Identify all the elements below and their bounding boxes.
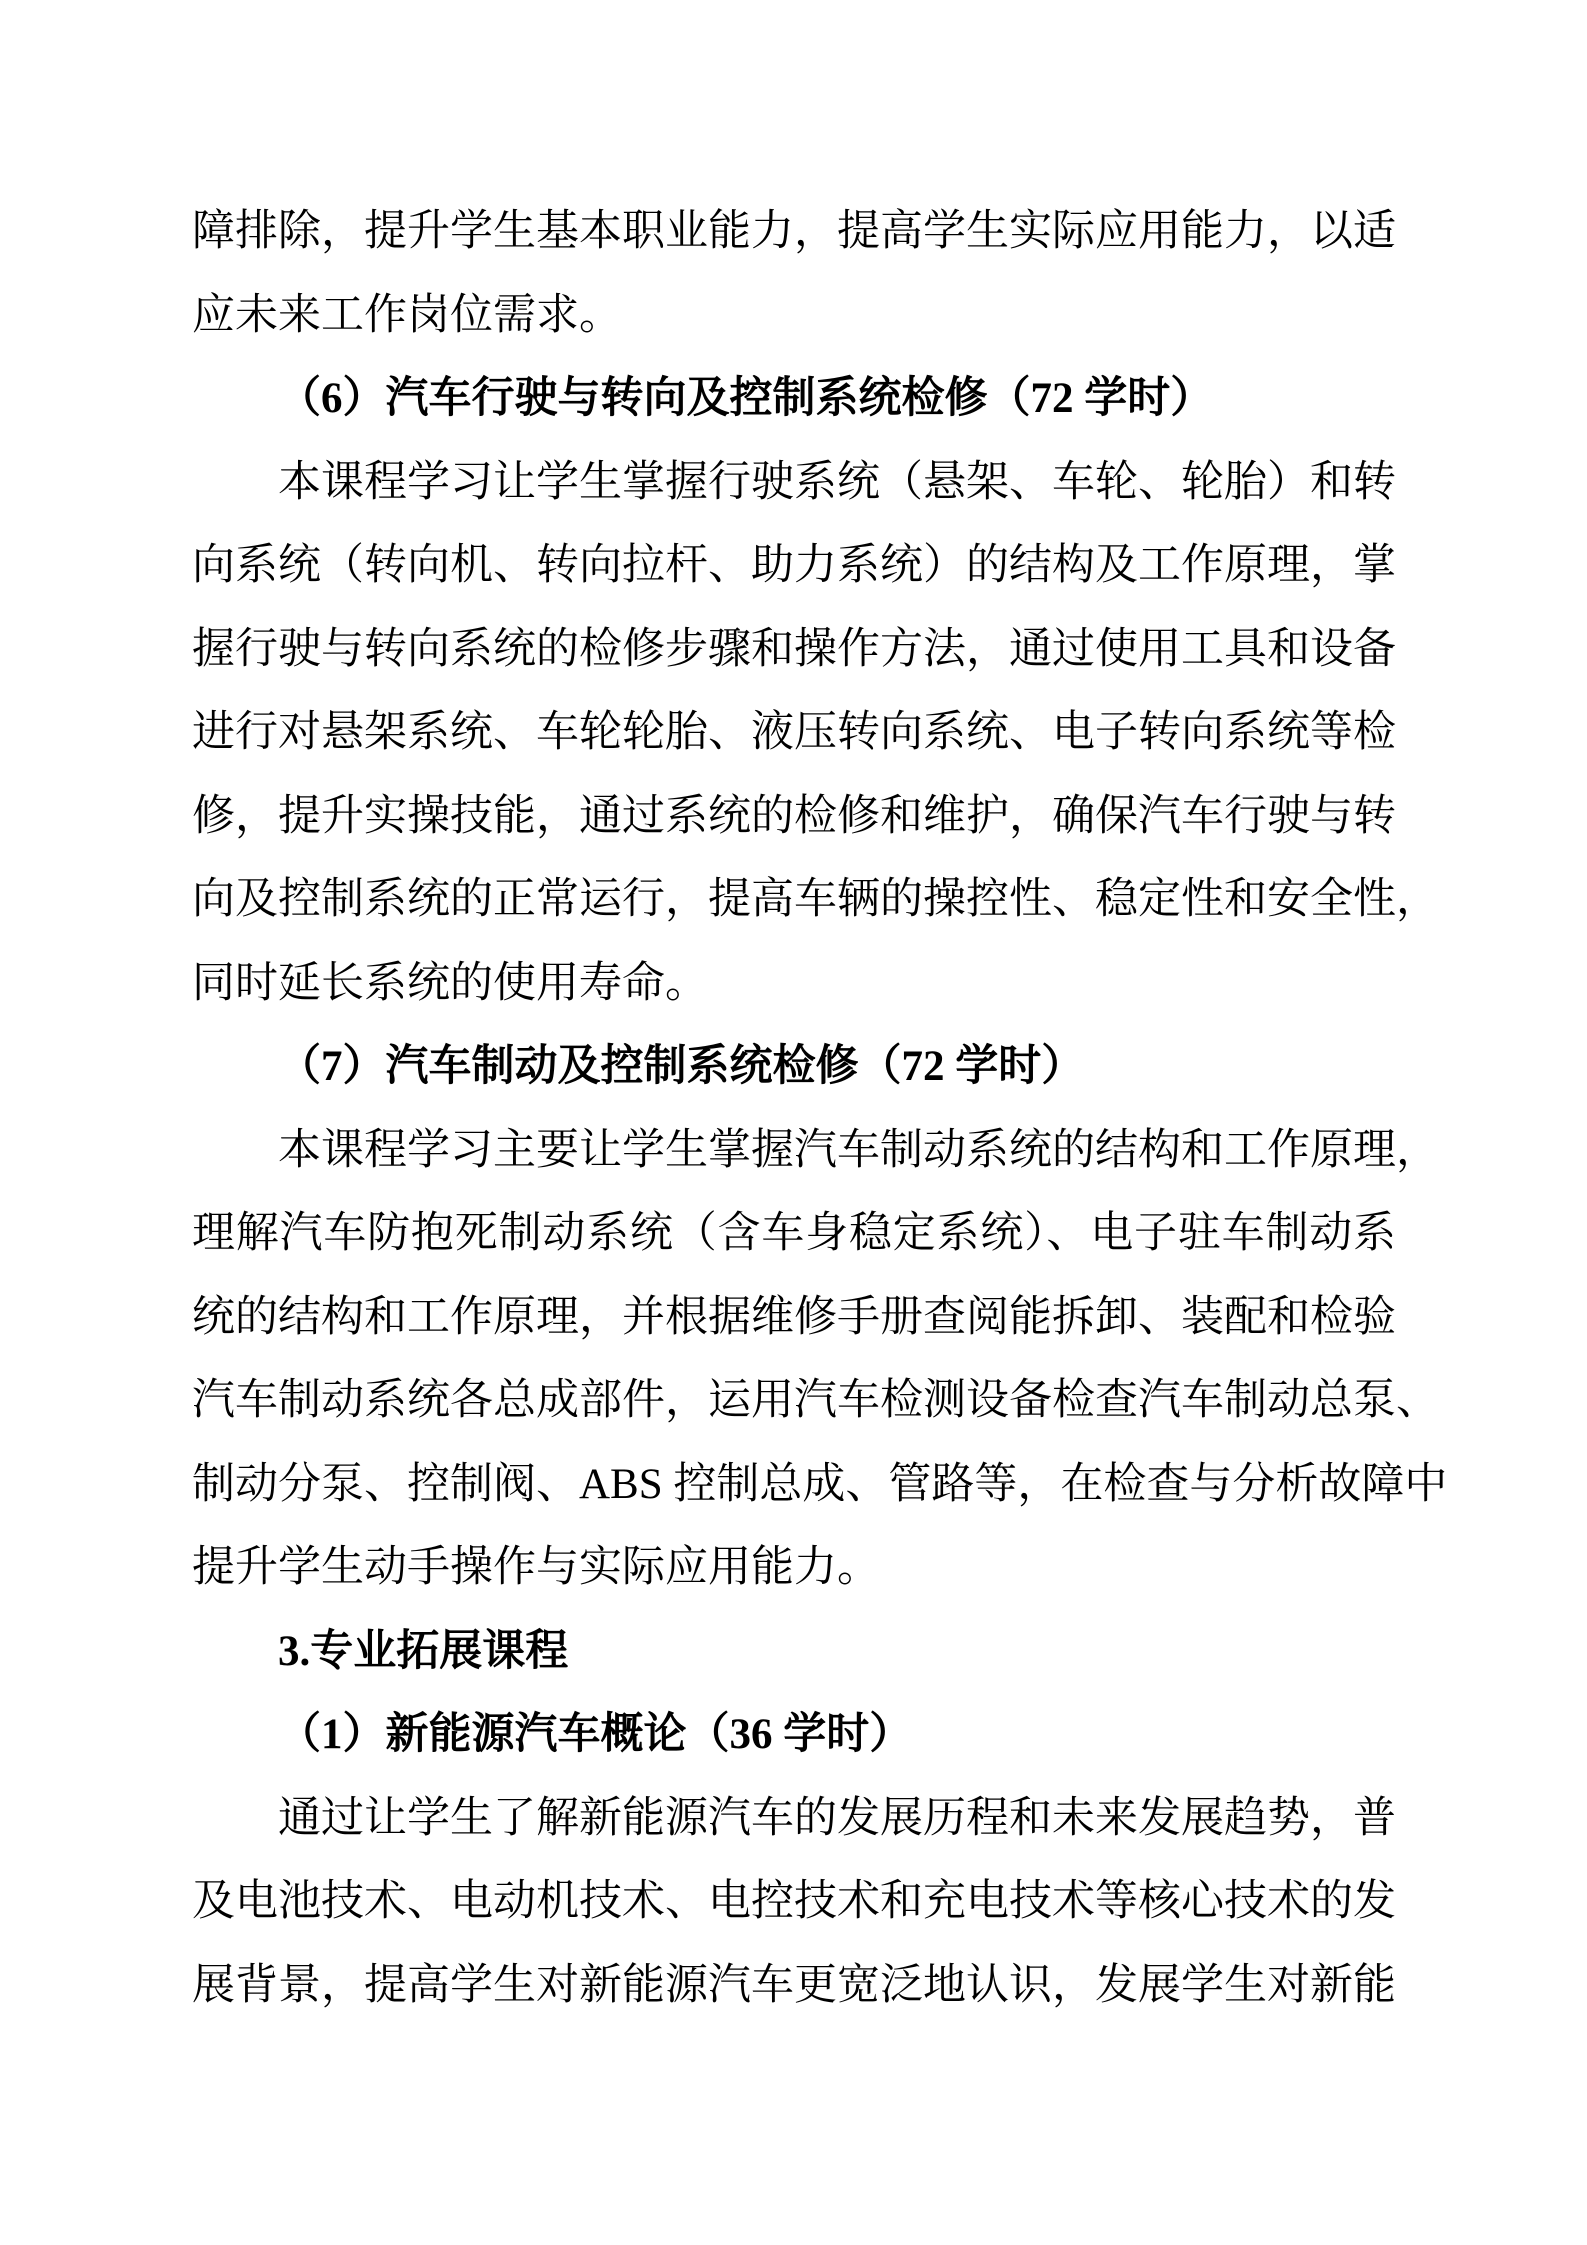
document-page: 障排除，提升学生基本职业能力，提高学生实际应用能力，以适应未来工作岗位需求。（6… bbox=[0, 0, 1587, 2245]
section-heading: 3.专业拓展课程 bbox=[192, 1610, 1396, 1694]
paragraph-line: 应未来工作岗位需求。 bbox=[192, 274, 1396, 358]
paragraph-line: 汽车制动系统各总成部件，运用汽车检测设备检查汽车制动总泵、 bbox=[192, 1359, 1396, 1443]
paragraph-line: 通过让学生了解新能源汽车的发展历程和未来发展趋势，普 bbox=[192, 1777, 1396, 1861]
paragraph-line: 修，提升实操技能，通过系统的检修和维护，确保汽车行驶与转 bbox=[192, 775, 1396, 859]
paragraph-line: 向系统（转向机、转向拉杆、助力系统）的结构及工作原理，掌 bbox=[192, 524, 1396, 608]
paragraph-line: 提升学生动手操作与实际应用能力。 bbox=[192, 1526, 1396, 1610]
paragraph-line: 统的结构和工作原理，并根据维修手册查阅能拆卸、装配和检验 bbox=[192, 1276, 1396, 1360]
section-heading: （6）汽车行驶与转向及控制系统检修（72 学时） bbox=[192, 357, 1396, 441]
paragraph-line: 向及控制系统的正常运行，提高车辆的操控性、稳定性和安全性， bbox=[192, 858, 1396, 942]
paragraph-line: 展背景，提高学生对新能源汽车更宽泛地认识，发展学生对新能 bbox=[192, 1944, 1396, 2028]
paragraph-line: 握行驶与转向系统的检修步骤和操作方法，通过使用工具和设备 bbox=[192, 608, 1396, 692]
paragraph-line: 及电池技术、电动机技术、电控技术和充电技术等核心技术的发 bbox=[192, 1860, 1396, 1944]
paragraph-line: 制动分泵、控制阀、ABS 控制总成、管路等，在检查与分析故障中 bbox=[192, 1443, 1396, 1527]
paragraph-line: 本课程学习主要让学生掌握汽车制动系统的结构和工作原理， bbox=[192, 1109, 1396, 1193]
paragraph-line: 进行对悬架系统、车轮轮胎、液压转向系统、电子转向系统等检 bbox=[192, 691, 1396, 775]
section-heading: （7）汽车制动及控制系统检修（72 学时） bbox=[192, 1025, 1396, 1109]
paragraph-line: 理解汽车防抱死制动系统（含车身稳定系统）、电子驻车制动系 bbox=[192, 1192, 1396, 1276]
paragraph-line: 本课程学习让学生掌握行驶系统（悬架、车轮、轮胎）和转 bbox=[192, 441, 1396, 525]
paragraph-line: 同时延长系统的使用寿命。 bbox=[192, 942, 1396, 1026]
text-block: 障排除，提升学生基本职业能力，提高学生实际应用能力，以适应未来工作岗位需求。（6… bbox=[192, 190, 1396, 2027]
section-heading: （1）新能源汽车概论（36 学时） bbox=[192, 1693, 1396, 1777]
paragraph-line: 障排除，提升学生基本职业能力，提高学生实际应用能力，以适 bbox=[192, 190, 1396, 274]
